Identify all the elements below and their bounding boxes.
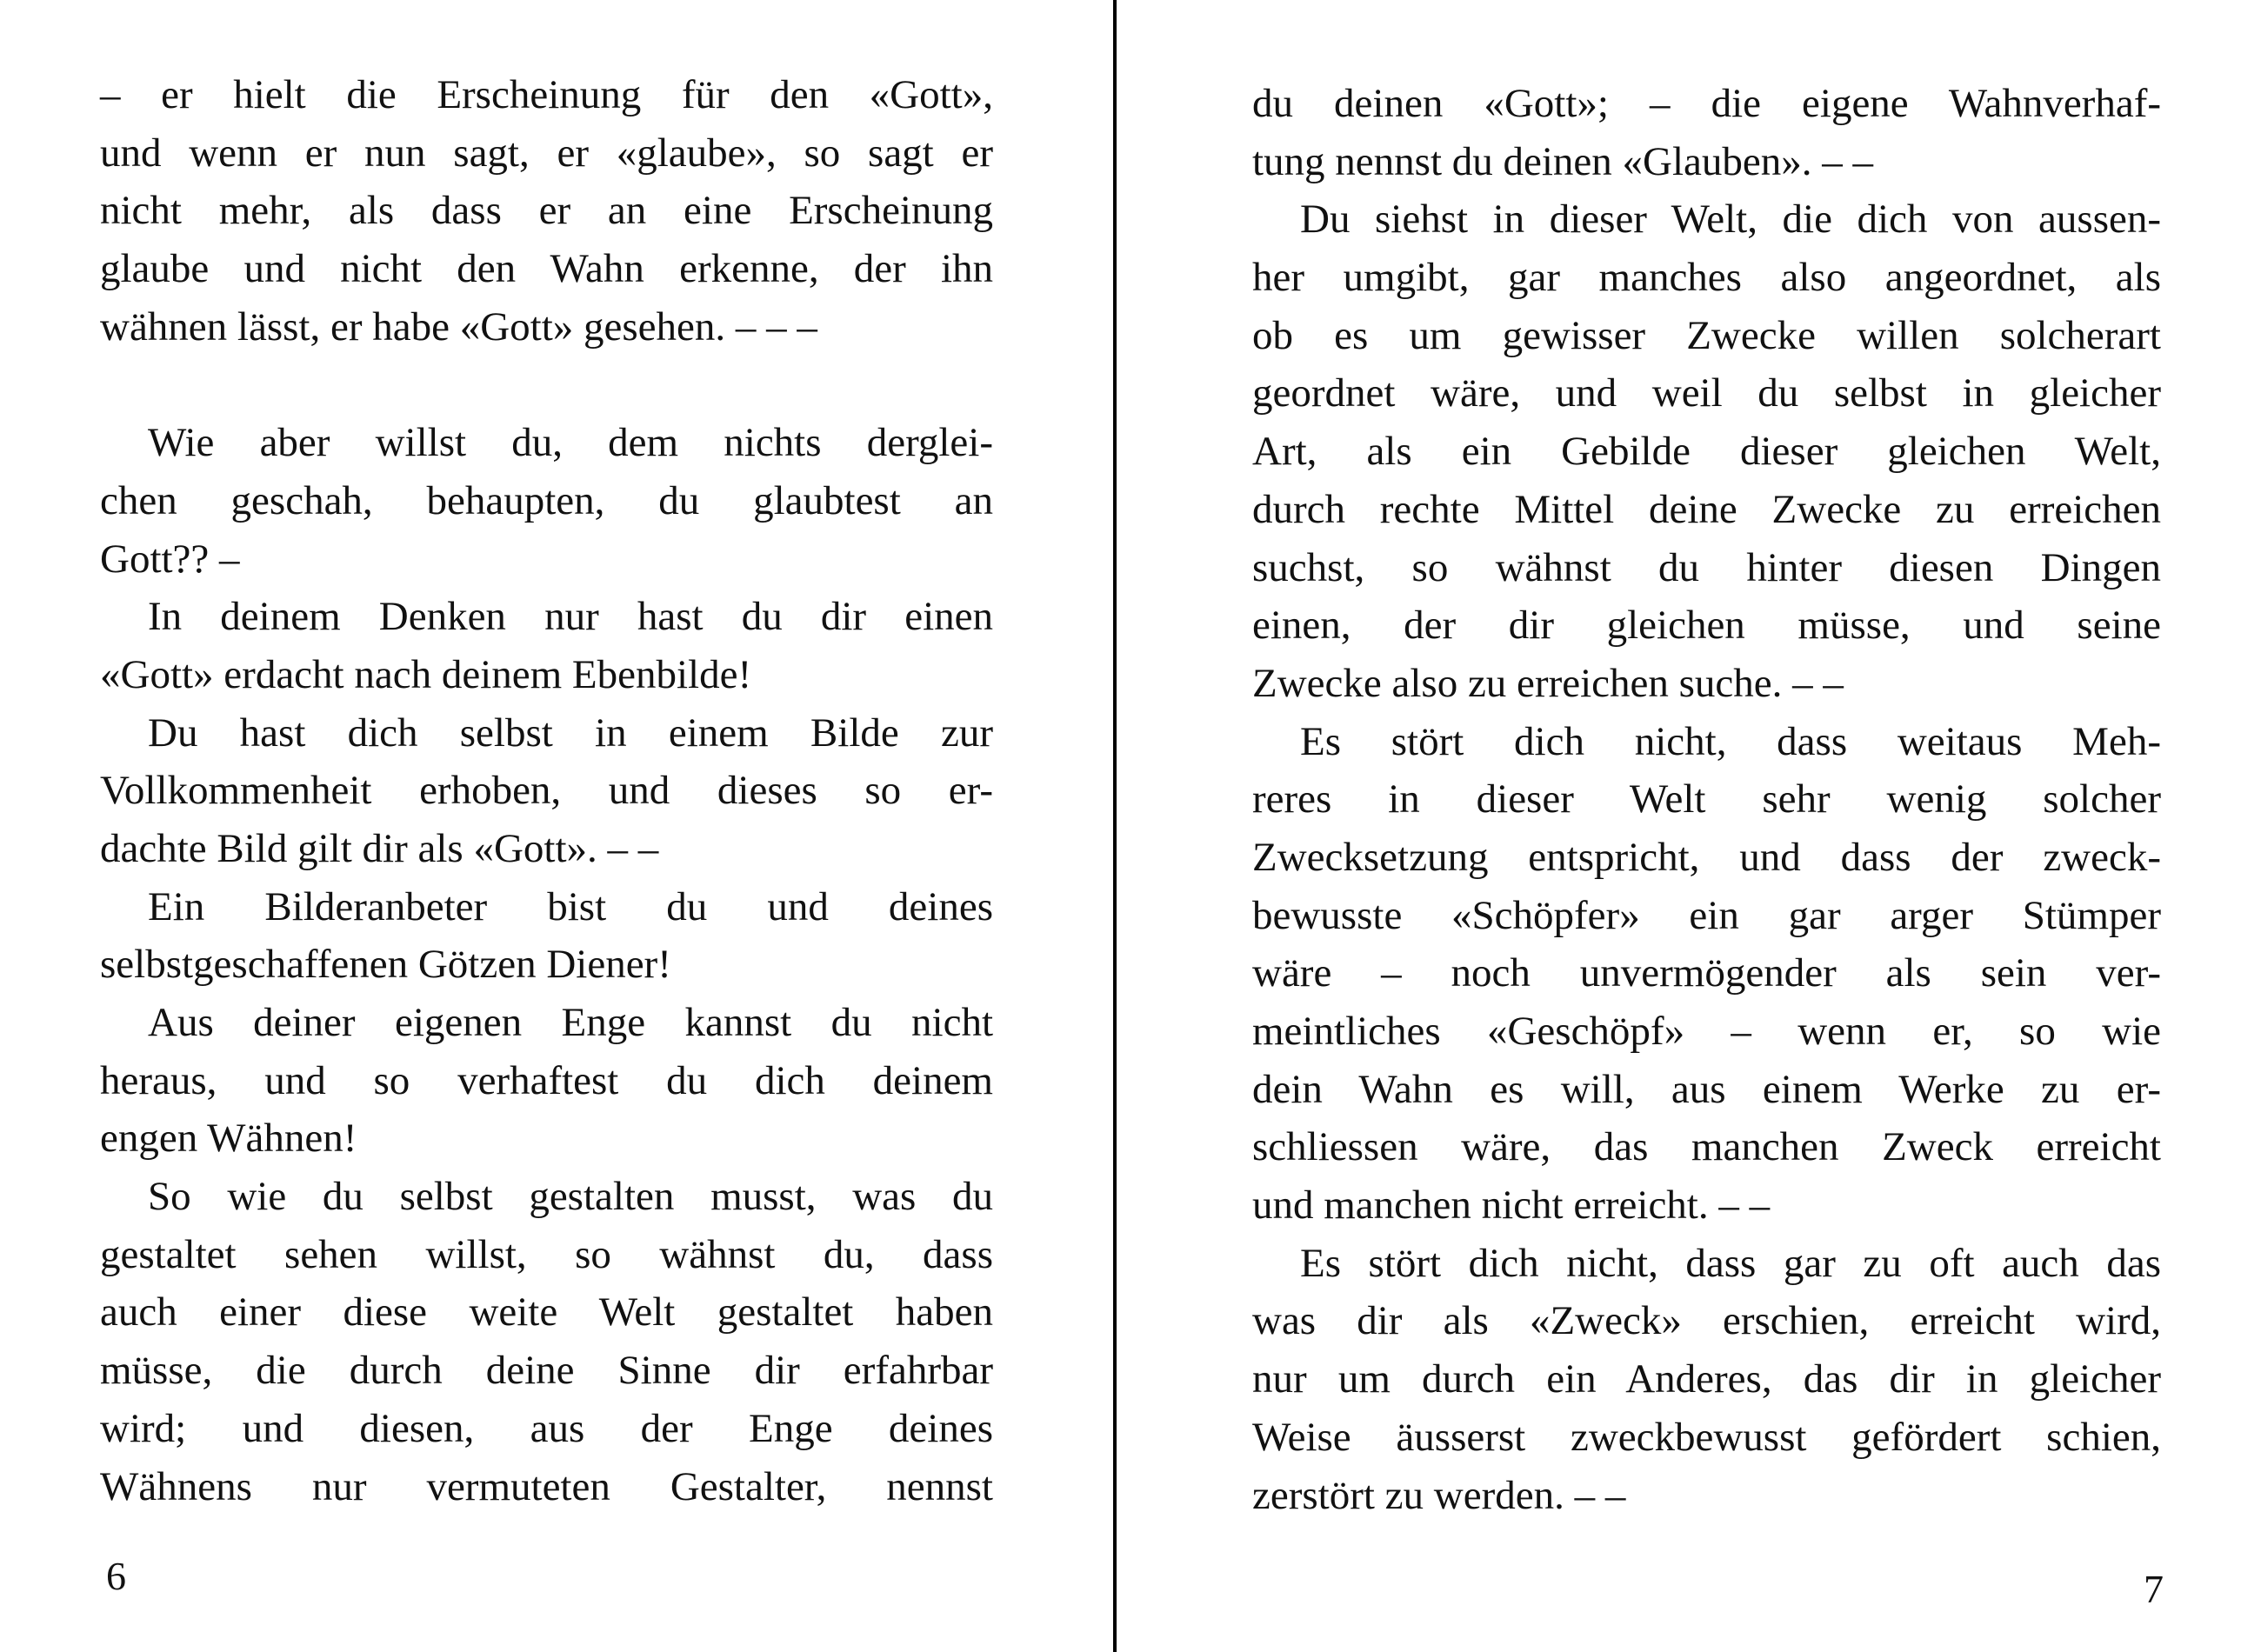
text-line: Zwecksetzung entspricht, und dass der zw… xyxy=(1252,829,2161,887)
text-line: nicht mehr, als dass er an eine Erschein… xyxy=(100,182,993,240)
book-spine-divider xyxy=(1113,0,1117,1652)
text-line: Weise äusserst zweckbewusst gefördert sc… xyxy=(1252,1409,2161,1467)
text-line: selbstgeschaffenen Götzen Diener! xyxy=(100,936,993,994)
text-line: Aus deiner eigenen Enge kannst du nicht xyxy=(100,994,993,1052)
blank-line xyxy=(100,356,993,414)
text-line: Wie aber willst du, dem nichts derglei- xyxy=(100,414,993,472)
text-line: durch rechte Mittel deine Zwecke zu erre… xyxy=(1252,481,2161,539)
text-line: Ein Bilderanbeter bist du und deines xyxy=(100,878,993,936)
right-page-text: du deinen «Gott»; – die eigene Wahnverha… xyxy=(1252,75,2161,1524)
text-line: Gott?? – xyxy=(100,530,993,589)
text-line: – er hielt die Erscheinung für den «Gott… xyxy=(100,66,993,124)
text-line: und wenn er nun sagt, er «glaube», so sa… xyxy=(100,124,993,183)
text-line: Art, als ein Gebilde dieser gleichen Wel… xyxy=(1252,423,2161,481)
page-number-right: 7 xyxy=(2144,1569,2164,1609)
text-line: Es stört dich nicht, dass gar zu oft auc… xyxy=(1252,1235,2161,1293)
text-line: Wähnens nur vermuteten Gestalter, nennst xyxy=(100,1458,993,1516)
text-line: nur um durch ein Anderes, das dir in gle… xyxy=(1252,1350,2161,1409)
text-line: schliessen wäre, das manchen Zweck errei… xyxy=(1252,1118,2161,1176)
text-line: reres in dieser Welt sehr wenig solcher xyxy=(1252,770,2161,829)
text-line: bewusste «Schöpfer» ein gar arger Stümpe… xyxy=(1252,887,2161,945)
text-line: tung nennst du deinen «Glauben». – – xyxy=(1252,133,2161,191)
text-line: du deinen «Gott»; – die eigene Wahnverha… xyxy=(1252,75,2161,133)
text-line: müsse, die durch deine Sinne dir erfahrb… xyxy=(100,1342,993,1400)
text-line: wäre – noch unvermögender als sein ver- xyxy=(1252,944,2161,1003)
text-line: Du hast dich selbst in einem Bilde zur xyxy=(100,704,993,763)
text-line: einen, der dir gleichen müsse, und seine xyxy=(1252,596,2161,655)
text-line: auch einer diese weite Welt gestaltet ha… xyxy=(100,1283,993,1342)
text-line: In deinem Denken nur hast du dir einen xyxy=(100,588,993,646)
text-line: Es stört dich nicht, dass weitaus Meh- xyxy=(1252,713,2161,771)
text-line: gestaltet sehen willst, so wähnst du, da… xyxy=(100,1226,993,1284)
text-line: wähnen lässt, er habe «Gott» gesehen. – … xyxy=(100,298,993,356)
text-line: geordnet wäre, und weil du selbst in gle… xyxy=(1252,364,2161,423)
text-line: ob es um gewisser Zwecke willen solchera… xyxy=(1252,307,2161,365)
text-line: Vollkommenheit erhoben, und dieses so er… xyxy=(100,762,993,820)
right-page: du deinen «Gott»; – die eigene Wahnverha… xyxy=(1118,0,2261,1652)
text-line: dein Wahn es will, aus einem Werke zu er… xyxy=(1252,1061,2161,1119)
text-line: und manchen nicht erreicht. – – xyxy=(1252,1176,2161,1235)
text-line: So wie du selbst gestalten musst, was du xyxy=(100,1168,993,1226)
text-line: glaube und nicht den Wahn erkenne, der i… xyxy=(100,240,993,298)
text-line: heraus, und so verhaftest du dich deinem xyxy=(100,1052,993,1110)
text-line: suchst, so wähnst du hinter diesen Dinge… xyxy=(1252,539,2161,597)
left-page: – er hielt die Erscheinung für den «Gott… xyxy=(0,0,1115,1652)
text-line: «Gott» erdacht nach deinem Ebenbilde! xyxy=(100,646,993,704)
text-line: meintliches «Geschöpf» – wenn er, so wie xyxy=(1252,1003,2161,1061)
text-line: engen Wähnen! xyxy=(100,1109,993,1168)
left-page-text: – er hielt die Erscheinung für den «Gott… xyxy=(100,66,993,1515)
text-line: wird; und diesen, aus der Enge deines xyxy=(100,1400,993,1458)
text-line: chen geschah, behaupten, du glaubtest an xyxy=(100,472,993,530)
text-line: Du siehst in dieser Welt, die dich von a… xyxy=(1252,190,2161,249)
text-line: Zwecke also zu erreichen suche. – – xyxy=(1252,655,2161,713)
text-line: zerstört zu werden. – – xyxy=(1252,1467,2161,1525)
text-line: dachte Bild gilt dir als «Gott». – – xyxy=(100,820,993,878)
page-number-left: 6 xyxy=(106,1556,126,1596)
text-line: was dir als «Zweck» erschien, erreicht w… xyxy=(1252,1292,2161,1350)
text-line: her umgibt, gar manches also angeordnet,… xyxy=(1252,249,2161,307)
